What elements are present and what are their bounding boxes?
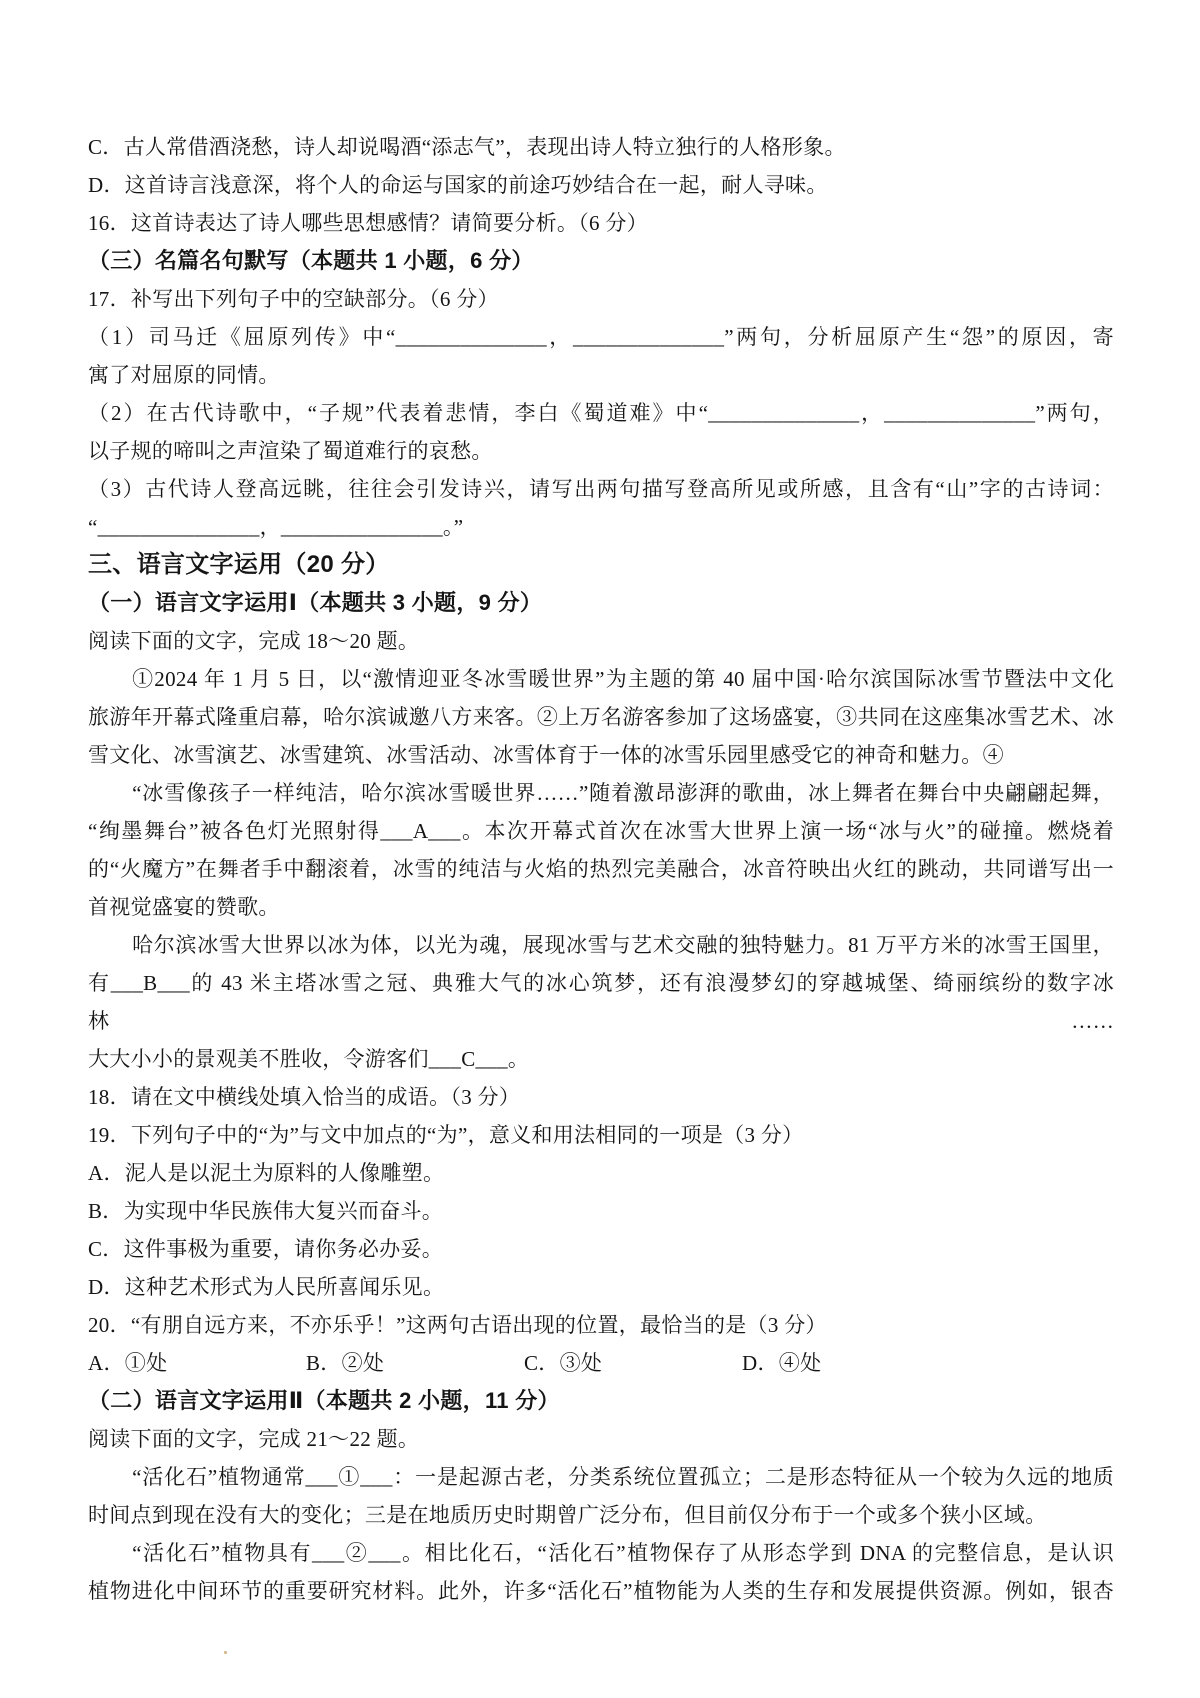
passage2-p2-line1: “活化石”植物具有___②___。相比化石，“活化石”植物保存了从形态学到 DN… bbox=[88, 1534, 1114, 1572]
question-17: 17．补写出下列句子中的空缺部分。（6 分） bbox=[88, 280, 1114, 318]
option-c-line: C．古人常借酒浇愁，诗人却说喝酒“添志气”，表现出诗人特立独行的人格形象。 bbox=[88, 128, 1114, 166]
heading-section-2-usage2: （二）语言文字运用Ⅱ（本题共 2 小题，11 分） bbox=[88, 1382, 1114, 1420]
q17-item-2-cont: 以子规的啼叫之声渲染了蜀道难行的哀愁。 bbox=[88, 432, 1114, 470]
passage2-p1-line1: “活化石”植物通常___①___：一是起源古老，分类系统位置孤立；二是形态特征从… bbox=[88, 1458, 1114, 1496]
passage2-p1-line2: 时间点到现在没有大的变化；三是在地质历史时期曾广泛分布，但目前仅分布于一个或多个… bbox=[88, 1496, 1114, 1534]
passage1-p1-line1: ①2024 年 1 月 5 日，以“激情迎亚冬冰雪暖世界”为主题的第 40 届中… bbox=[88, 660, 1114, 698]
passage1-p3-line3: 大大小小的景观美不胜收，令游客们___C___。 bbox=[88, 1040, 1114, 1078]
passage1-p2-line1: “冰雪像孩子一样纯洁，哈尔滨冰雪暖世界……”随着激昂澎湃的歌曲，冰上舞者在舞台中… bbox=[88, 774, 1114, 812]
passage1-p1-line3: 雪文化、冰雪演艺、冰雪建筑、冰雪活动、冰雪体育于一体的冰雪乐园里感受它的神奇和魅… bbox=[88, 736, 1114, 774]
exam-page: C．古人常借酒浇愁，诗人却说喝酒“添志气”，表现出诗人特立独行的人格形象。D．这… bbox=[88, 128, 1114, 1610]
heading-section-3-dictation: （三）名篇名句默写（本题共 1 小题，6 分） bbox=[88, 242, 1114, 280]
q19-option-c: C．这件事极为重要，请你务必办妥。 bbox=[88, 1230, 1114, 1268]
passage1-p3-line1: 哈尔滨冰雪大世界以冰为体，以光为魂，展现冰雪与艺术交融的独特魅力。81 万平方米… bbox=[88, 926, 1114, 964]
passage1-intro: 阅读下面的文字，完成 18～20 题。 bbox=[88, 622, 1114, 660]
passage1-p2-line4: 首视觉盛宴的赞歌。 bbox=[88, 888, 1114, 926]
heading-section-1-usage1: （一）语言文字运用Ⅰ（本题共 3 小题，9 分） bbox=[88, 584, 1114, 622]
q17-item-2: （2）在古代诗歌中，“子规”代表着悲情，李白《蜀道难》中“___________… bbox=[88, 394, 1114, 432]
q17-item-3-blanks: “_______________，_______________。” bbox=[88, 508, 1114, 546]
passage2-intro: 阅读下面的文字，完成 21～22 题。 bbox=[88, 1420, 1114, 1458]
option-choice: B．②处 bbox=[306, 1344, 524, 1382]
q19-option-b: B．为实现中华民族伟大复兴而奋斗。 bbox=[88, 1192, 1114, 1230]
q20-options-row: A．①处B．②处C．③处D．④处 bbox=[88, 1344, 1114, 1382]
option-d-line: D．这首诗言浅意深，将个人的命运与国家的前途巧妙结合在一起，耐人寻味。 bbox=[88, 166, 1114, 204]
option-choice: D．④处 bbox=[742, 1344, 960, 1382]
question-18: 18．请在文中横线处填入恰当的成语。（3 分） bbox=[88, 1078, 1114, 1116]
option-choice: A．①处 bbox=[88, 1344, 306, 1382]
q19-option-a: A．泥人是以泥土为原料的人像雕塑。 bbox=[88, 1154, 1114, 1192]
q17-item-3: （3）古代诗人登高远眺，往往会引发诗兴，请写出两句描写登高所见或所感，且含有“山… bbox=[88, 470, 1114, 508]
option-choice: C．③处 bbox=[524, 1344, 742, 1382]
question-20: 20．“有朋自远方来，不亦乐乎！”这两句古语出现的位置，最恰当的是（3 分） bbox=[88, 1306, 1114, 1344]
q17-item-1: （1）司马迁《屈原列传》中“______________，___________… bbox=[88, 318, 1114, 356]
heading-part-3: 三、语言文字运用（20 分） bbox=[88, 546, 1114, 584]
passage1-p2-line2: “绚墨舞台”被各色灯光照射得___A___。本次开幕式首次在冰雪大世界上演一场“… bbox=[88, 812, 1114, 850]
passage2-p2-line2: 植物进化中间环节的重要研究材料。此外，许多“活化石”植物能为人类的生存和发展提供… bbox=[88, 1572, 1114, 1610]
scan-speck bbox=[224, 1651, 227, 1654]
passage1-p2-line3: 的“火魔方”在舞者手中翻滚着，冰雪的纯洁与火焰的热烈完美融合，冰音符映出火红的跳… bbox=[88, 850, 1114, 888]
passage1-p1-line2: 旅游年开幕式隆重启幕，哈尔滨诚邀八方来客。②上万名游客参加了这场盛宴，③共同在这… bbox=[88, 698, 1114, 736]
passage1-p3-line2: 有___B___的 43 米主塔冰雪之冠、典雅大气的冰心筑梦，还有浪漫梦幻的穿越… bbox=[88, 964, 1114, 1040]
question-19: 19．下列句子中的“为”与文中加点的“为”，意义和用法相同的一项是（3 分） bbox=[88, 1116, 1114, 1154]
question-16: 16．这首诗表达了诗人哪些思想感情？请简要分析。（6 分） bbox=[88, 204, 1114, 242]
q17-item-1-cont: 寓了对屈原的同情。 bbox=[88, 356, 1114, 394]
q19-option-d: D．这种艺术形式为人民所喜闻乐见。 bbox=[88, 1268, 1114, 1306]
